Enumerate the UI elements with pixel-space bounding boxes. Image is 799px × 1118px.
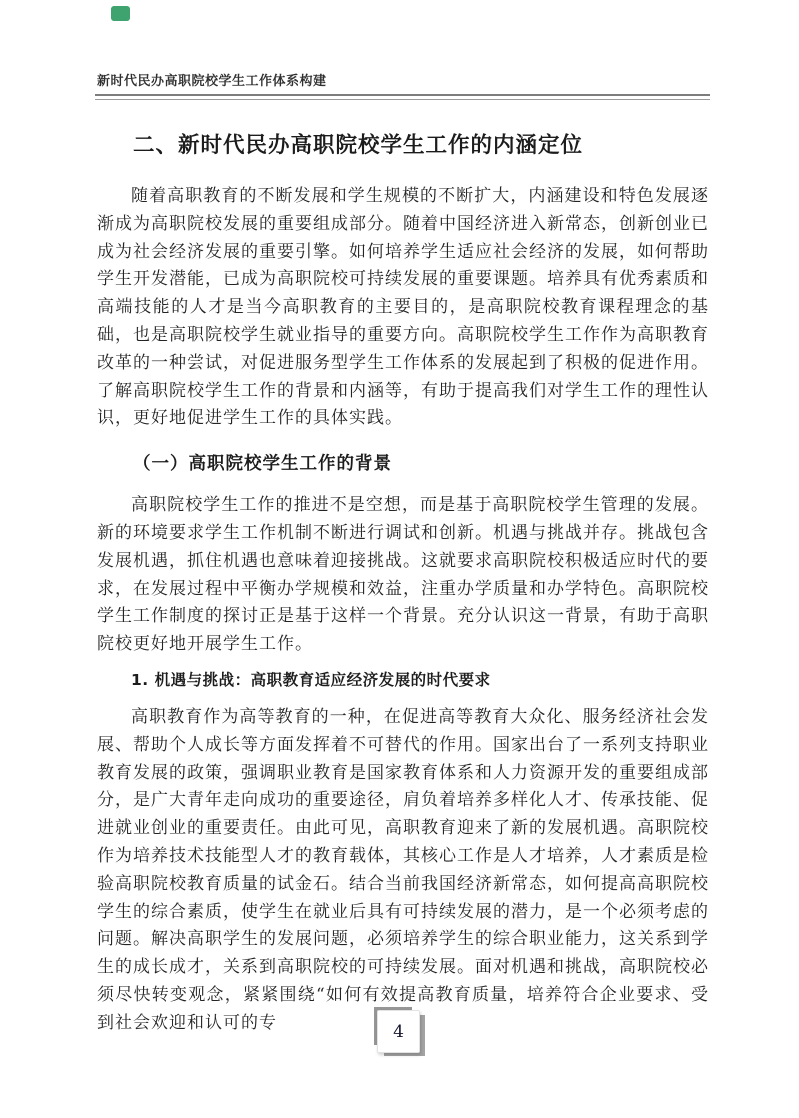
page-number-box: 4: [374, 1007, 425, 1056]
section-heading: （一）高职院校学生工作的背景: [133, 450, 709, 475]
page-content: 二、新时代民办高职院校学生工作的内涵定位 随着高职教育的不断发展和学生规模的不断…: [97, 118, 709, 1038]
chapter-title: 二、新时代民办高职院校学生工作的内涵定位: [133, 128, 709, 159]
page-number-card: 4: [377, 1010, 420, 1053]
subsection-heading: 1. 机遇与挑战：高职教育适应经济发展的时代要求: [131, 668, 709, 690]
page-number: 4: [393, 1022, 404, 1042]
intro-paragraph: 随着高职教育的不断发展和学生规模的不断扩大，内涵建设和特色发展逐渐成为高职院校发…: [97, 183, 709, 433]
section-paragraph: 高职院校学生工作的推进不是空想，而是基于高职院校学生管理的发展。新的环境要求学生…: [97, 492, 709, 659]
header-rule-divider: [95, 94, 710, 100]
subsection-paragraph: 高职教育作为高等教育的一种，在促进高等教育大众化、服务经济社会发展、帮助个人成长…: [97, 704, 709, 1038]
corner-marker-icon: [111, 6, 130, 21]
document-page: 新时代民办高职院校学生工作体系构建 二、新时代民办高职院校学生工作的内涵定位 随…: [0, 0, 799, 1118]
running-title: 新时代民办高职院校学生工作体系构建: [97, 70, 709, 89]
